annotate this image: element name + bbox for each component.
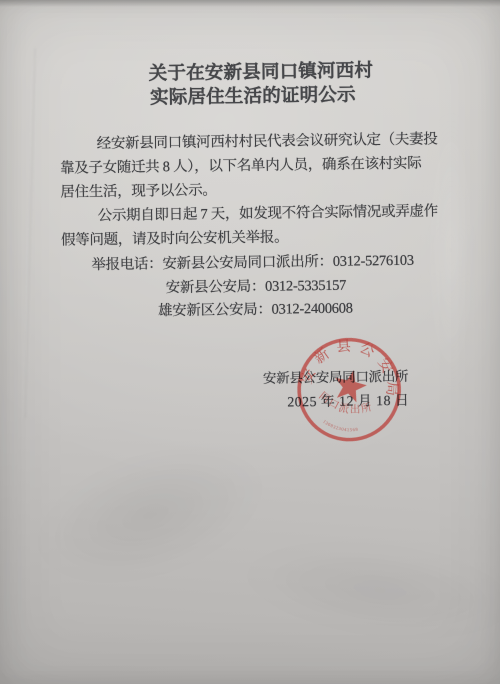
hotline-police-station: 举报电话：安新县公安局同口派出所：0312-5276103 — [91, 249, 414, 274]
paragraph-2-line-1: 公示期自即日起 7 天，如发现不符合实际情况或弄虚作 — [98, 199, 438, 225]
paragraph-1-line-3: 居住生活，现予以公示。 — [60, 178, 216, 201]
hotline-county-bureau: 安新县公安局：0312-5335157 — [166, 274, 347, 298]
paragraph-2-line-2: 假等问题，请及时向公安机关举报。 — [61, 225, 288, 249]
paragraph-1-line-2: 靠及子女随迁共 8 人），以下名单内人员，确系在该村实际 — [60, 152, 422, 178]
official-seal: 安新县公安局 同口派出所 1308323041568 — [265, 305, 433, 473]
star-icon — [331, 366, 370, 403]
notice-document: 关于在安新县同口镇河西村 实际居住生活的证明公示 经安新县同口镇河西村村民代表会… — [0, 0, 500, 684]
paragraph-1-line-1: 经安新县同口镇河西村村民代表会议研究认定（夫妻投 — [97, 127, 438, 153]
notice-title-line-2: 实际居住生活的证明公示 — [150, 81, 356, 110]
photo-background: 关于在安新县同口镇河西村 实际居住生活的证明公示 经安新县同口镇河西村村民代表会… — [0, 0, 500, 684]
